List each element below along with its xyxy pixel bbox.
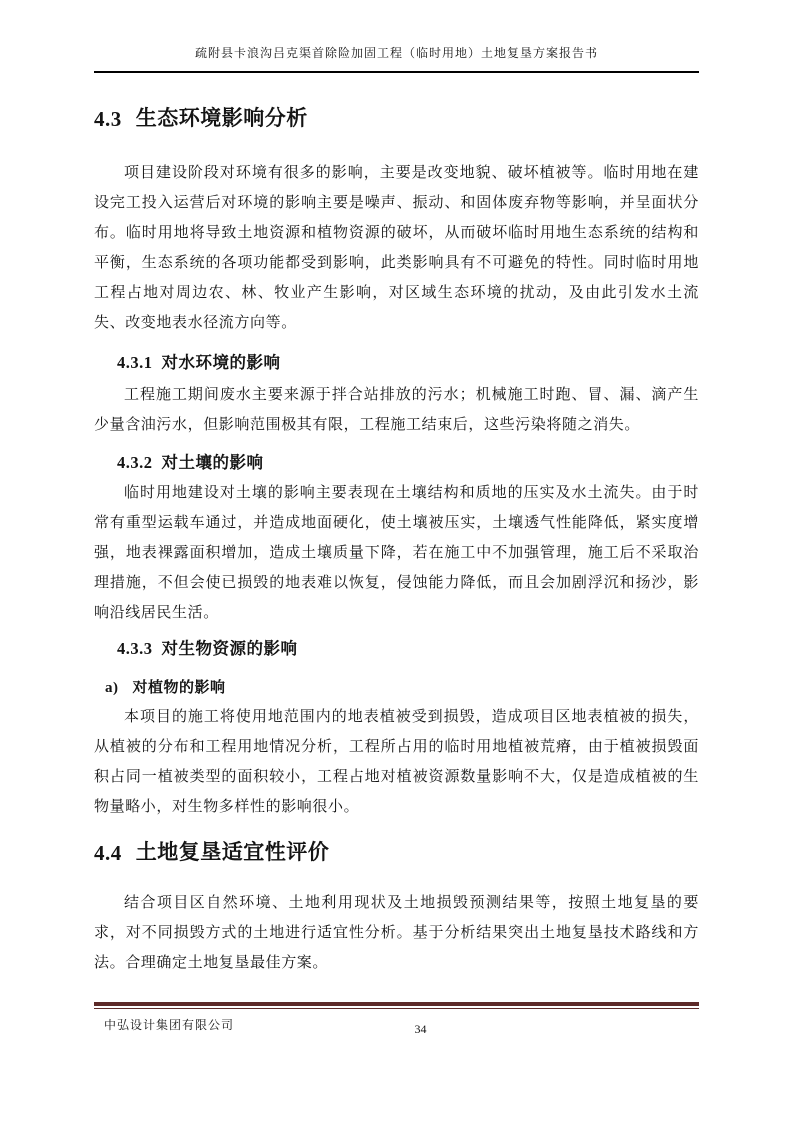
section-title: 对水环境的影响	[162, 350, 281, 376]
paragraph-4-3-3-a: 本项目的施工将使用地范围内的地表植被受到损毁，造成项目区地表植被的损失，从植被的…	[94, 702, 699, 822]
section-number: 4.4	[94, 838, 122, 868]
subsection-label: a)	[105, 676, 119, 700]
section-heading-4-3: 4.3 生态环境影响分析	[94, 104, 699, 134]
paragraph-4-3: 项目建设阶段对环境有很多的影响，主要是改变地貌、破坏植被等。临时用地在建设完工投…	[94, 158, 699, 338]
section-number: 4.3.1	[117, 350, 153, 376]
section-number: 4.3.3	[117, 636, 153, 662]
paragraph-4-3-2: 临时用地建设对土壤的影响主要表现在土壤结构和质地的压实及水土流失。由于时常有重型…	[94, 478, 699, 628]
section-heading-4-3-2: 4.3.2 对土壤的影响	[117, 450, 699, 476]
section-number: 4.3	[94, 104, 122, 134]
document-page: 疏附县卡浪沟吕克渠首除险加固工程（临时用地）土地复垦方案报告书 4.3 生态环境…	[0, 0, 793, 1122]
section-heading-4-3-1: 4.3.1 对水环境的影响	[117, 350, 699, 376]
subsection-title: 对植物的影响	[133, 676, 226, 700]
paragraph-4-3-1: 工程施工期间废水主要来源于拌合站排放的污水；机械施工时跑、冒、漏、滴产生少量含油…	[94, 380, 699, 440]
section-number: 4.3.2	[117, 450, 153, 476]
page-footer: 中弘设计集团有限公司 34	[94, 1014, 699, 1038]
footer-divider-rule	[94, 1002, 699, 1009]
footer-page-number: 34	[118, 1022, 723, 1037]
section-title: 对生物资源的影响	[162, 636, 298, 662]
paragraph-4-4: 结合项目区自然环境、土地利用现状及土地损毁预测结果等，按照土地复垦的要求，对不同…	[94, 888, 699, 978]
document-body: 4.3 生态环境影响分析 项目建设阶段对环境有很多的影响，主要是改变地貌、破坏植…	[94, 96, 699, 978]
section-title: 生态环境影响分析	[136, 104, 308, 134]
subsection-heading-a: a) 对植物的影响	[105, 676, 699, 700]
section-heading-4-4: 4.4 土地复垦适宜性评价	[94, 838, 699, 868]
page-header-title: 疏附县卡浪沟吕克渠首除险加固工程（临时用地）土地复垦方案报告书	[94, 44, 699, 73]
section-heading-4-3-3: 4.3.3 对生物资源的影响	[117, 636, 699, 662]
section-title: 对土壤的影响	[162, 450, 264, 476]
section-title: 土地复垦适宜性评价	[136, 838, 330, 868]
